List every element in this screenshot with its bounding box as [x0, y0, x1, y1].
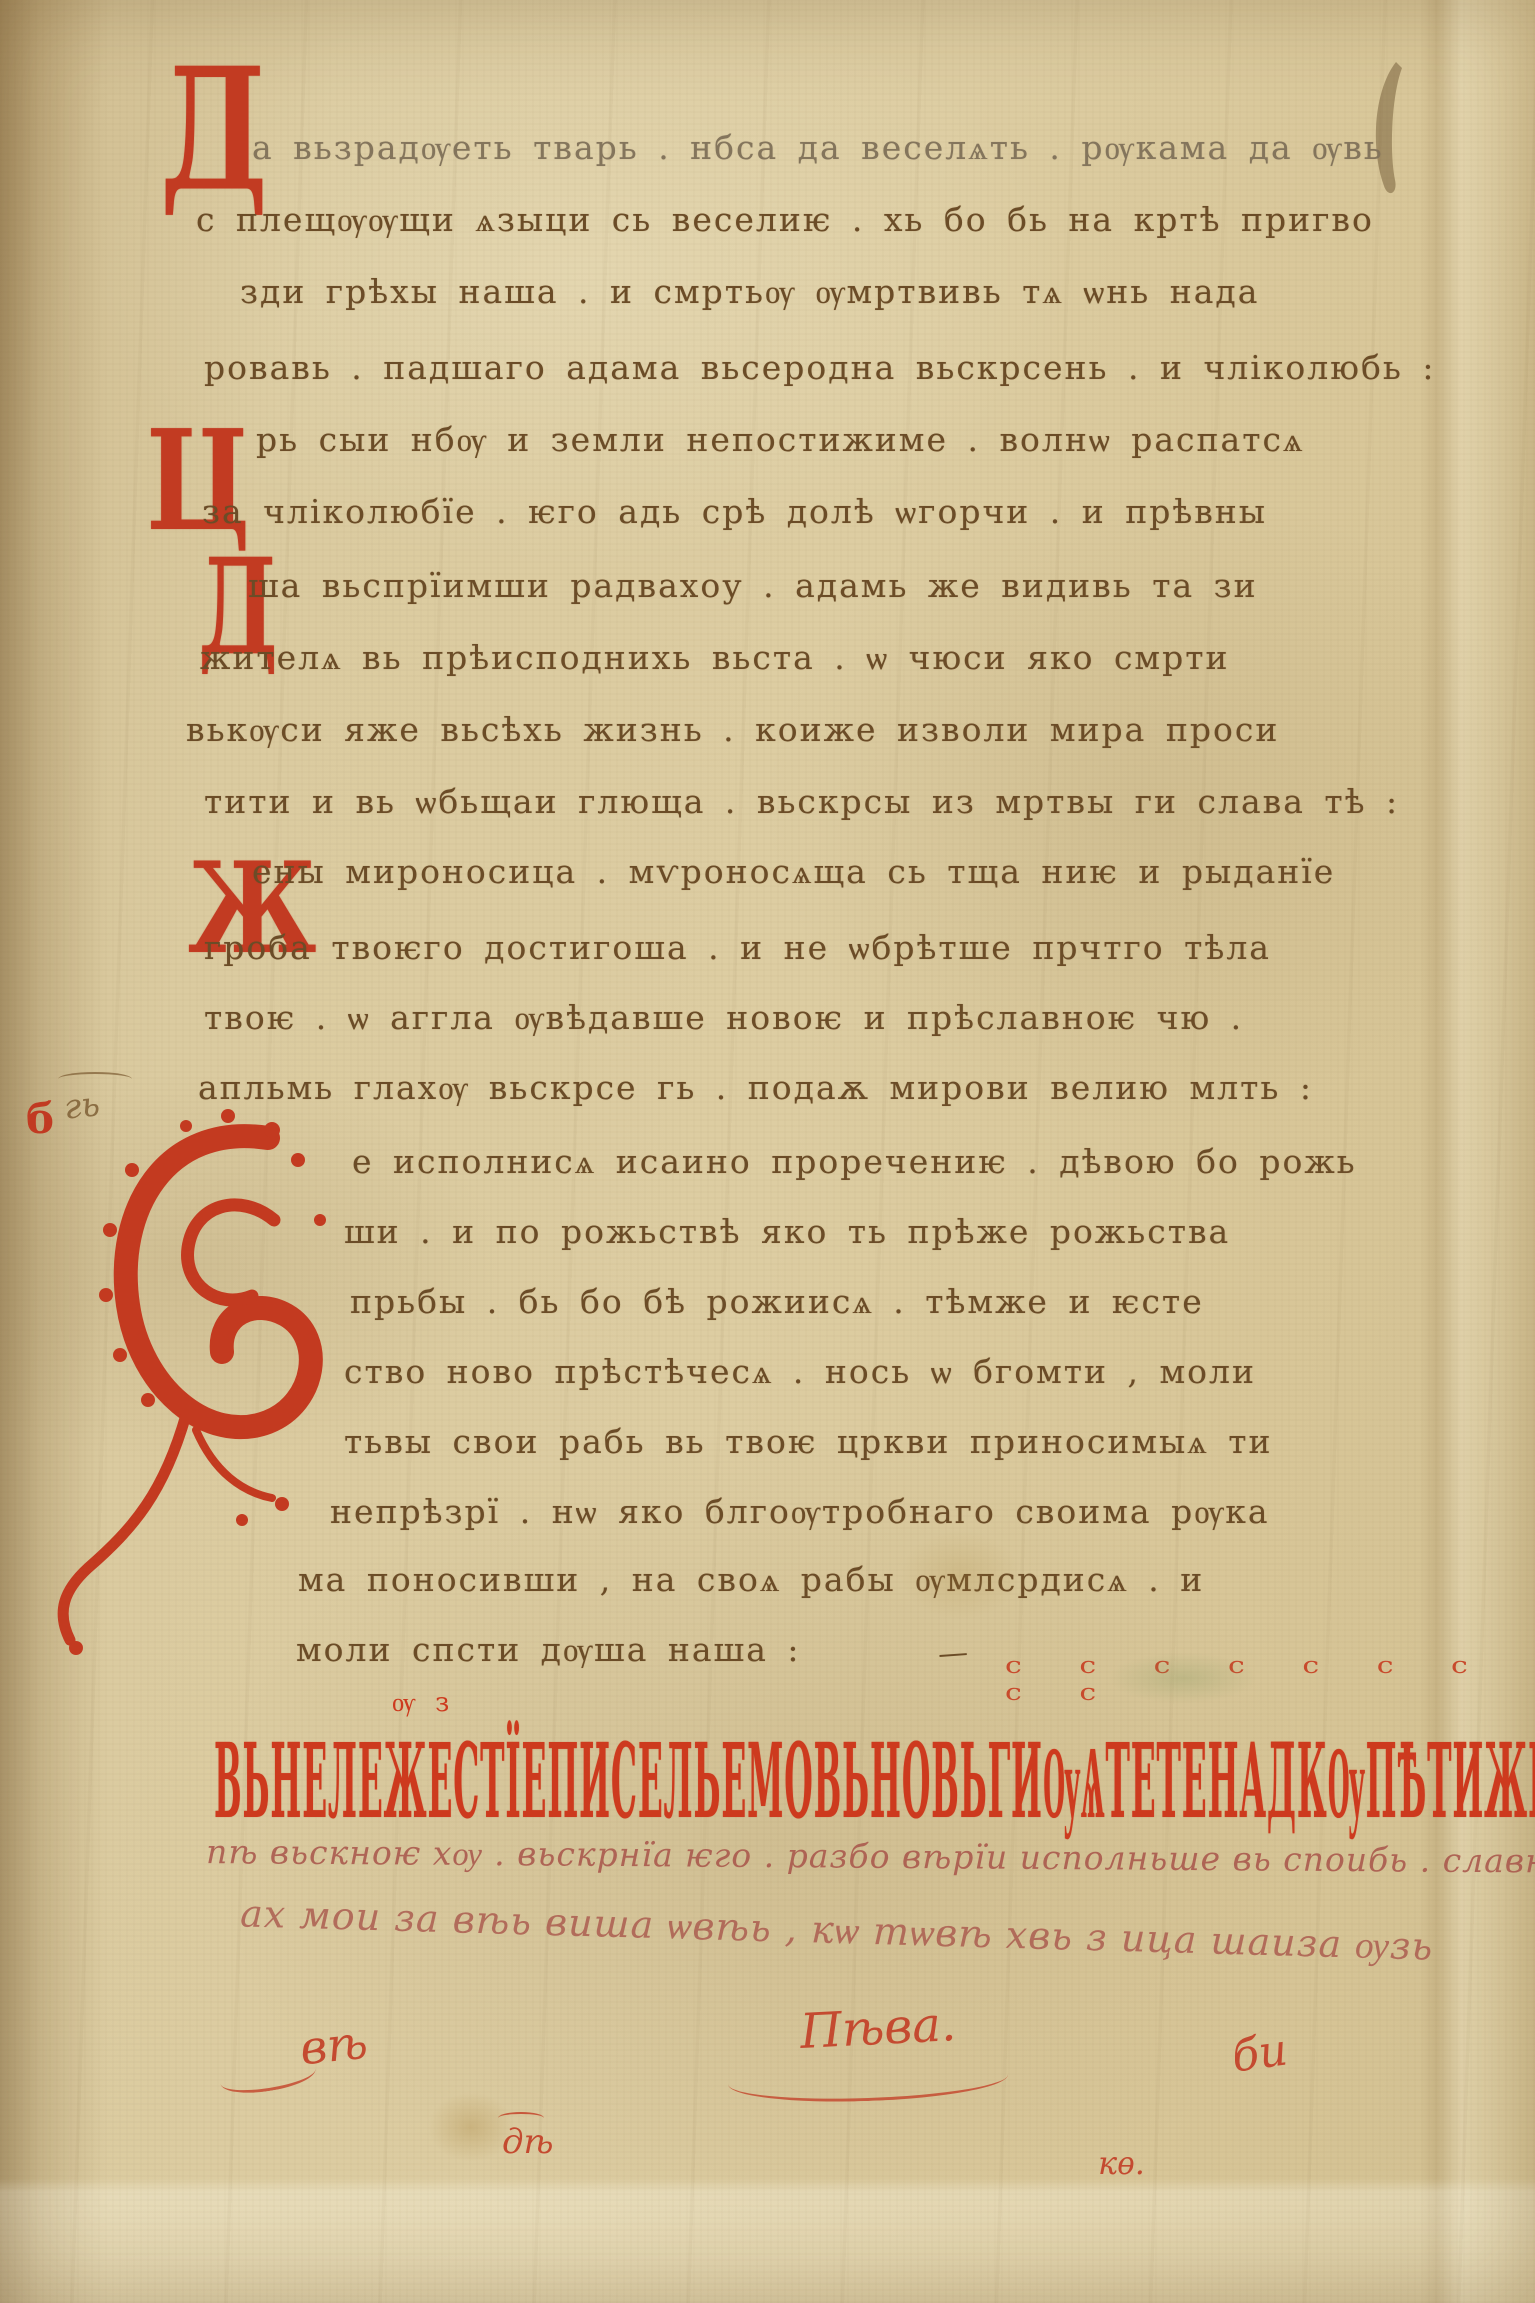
bottom-mark-center: Пѣва. [799, 1996, 958, 2060]
text-line: моли спсти дѹша наша : [296, 1630, 801, 1670]
text-line: ша вьспрїимши радвахоу . адамь же видивь… [248, 566, 1258, 605]
text-line: ровавь . падшаго адама вьсеродна вьскрсе… [204, 348, 1435, 387]
text-line: тьвы свои рабь вь твоѥ цркви приносимыѧ … [344, 1422, 1272, 1462]
text-line: твоѥ . ѡ аггла ѹвѣдавше новоѥ и прѣславн… [204, 998, 1243, 1038]
bottom-mark-left: вѣ [297, 2015, 370, 2076]
text-line: рь сыи нбѹ и земли непостижиме . волнѡ р… [256, 420, 1304, 460]
bottom-mark-right: би [1229, 2024, 1291, 2082]
text-line: ены мироносица . мѵроносѧща сь тща ниѥ и… [252, 852, 1335, 892]
red-filler-marks: с с с с с с с с с [1005, 1652, 1535, 1707]
rubric-superscript: ѹ з [392, 1688, 455, 1718]
text-line: апльмь глахѹ вьскрсе гь . подаѫ мирови в… [198, 1068, 1313, 1108]
text-line: тити и вь ѡбьщаи глюща . вьскрсы из мртв… [204, 782, 1399, 822]
text-line: с плещѹѹщи ѧзыци сь веселиѥ . хь бо бь н… [196, 200, 1374, 240]
colophon-line: пѣ вьскноѥ хѹ . вьскрнїа ѥго . разбо вѣр… [206, 1832, 1535, 1884]
text-line: а вьзрадѹеть тварь . нбса да веселѧть . … [252, 128, 1384, 168]
rubric-vyaz: ВЬНЕЛЕЖЕСТЇЕПИСЕЛЬЕМОВЬНОВЬГИѸѦТЕТЕНАДКѸ… [214, 1722, 1535, 1842]
margin-gloss-titlo [58, 1072, 132, 1086]
corner-pen-mark [1362, 52, 1432, 202]
text-line: прьбы . бь бо бѣ рожиисѧ . тѣмже и ѥсте [350, 1282, 1204, 1322]
text-line: е исполнисѧ исаино проречениѥ . дѣвою бо… [352, 1142, 1357, 1182]
mark-flourish [727, 2053, 1008, 2106]
text-line: ши . и по рожьствѣ яко ть прѣже рожьства [344, 1212, 1230, 1251]
text-line: вькѹси яже вьсѣхь жизнь . коиже изволи м… [186, 710, 1279, 750]
margin-letter: б [26, 1094, 54, 1143]
end-dash: — [937, 1635, 969, 1672]
text-line: гроба твоѥго достигоша . и не ѡбрѣтше пр… [204, 928, 1271, 968]
colophon-line: ах мои за вѣь виша ѡвѣь , кѡ тѡвѣ хвь з … [240, 1891, 1434, 1969]
text-line: за чліколюбїе . ѥго адь срѣ долѣ ѡгорчи … [202, 492, 1267, 532]
text-line: жителѧ вь прѣисподнихь вьста . ѡ чюси як… [200, 638, 1229, 678]
margin-gloss: гь [62, 1084, 102, 1128]
manuscript-page: Д Ц Д Ж б гь а вьзрадѹеть тварь . нбса д… [0, 0, 1535, 2303]
text-line: ма поносивши , на своѧ рабы ѹмлсрдисѧ . … [298, 1560, 1204, 1600]
bottom-mark-lower-right: кѳ. [1098, 2144, 1145, 2182]
text-line: непрѣзрї . нѡ яко блгоѹтробнаго своима р… [330, 1492, 1270, 1532]
text-line: зди грѣхы наша . и смртьѹ ѹмртвивь тѧ ѡн… [240, 272, 1259, 312]
bottom-mark-lower-left: дѣ [502, 2122, 554, 2162]
text-line: ство ново прѣстѣчесѧ . нось ѡ бгомти , м… [344, 1352, 1256, 1392]
